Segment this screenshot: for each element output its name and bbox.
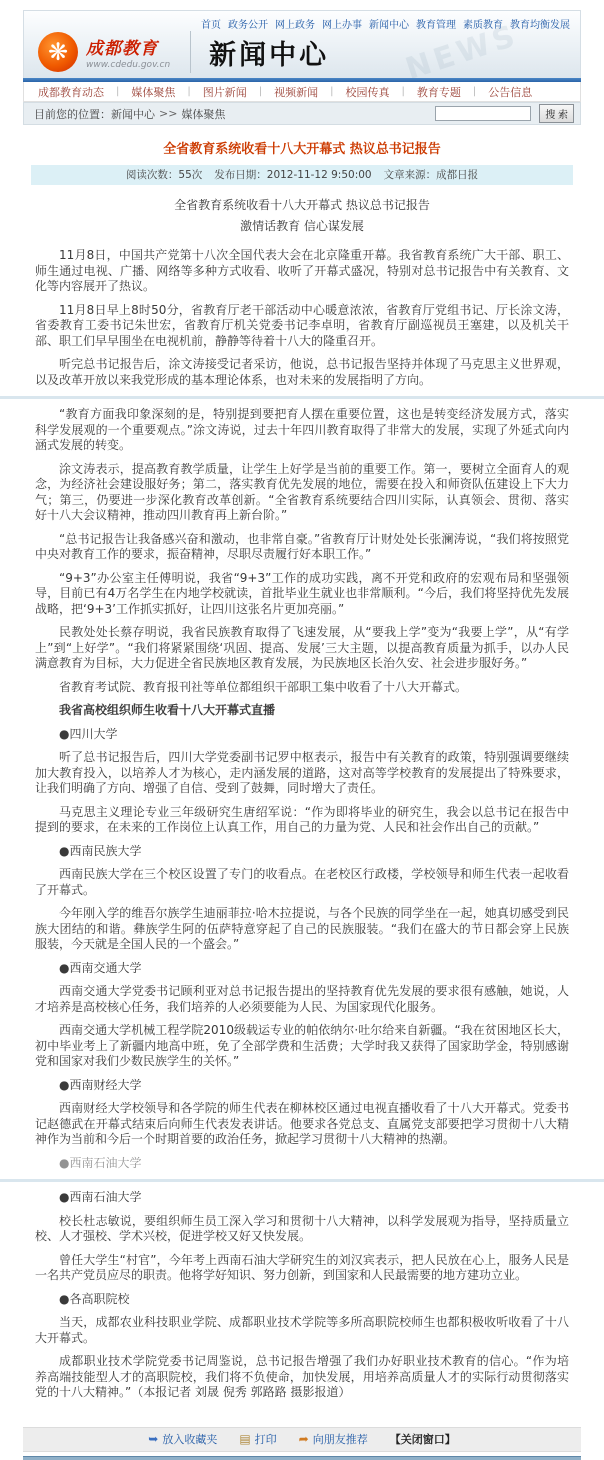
article-subheading: 我省高校组织师生收看十八大开幕式直播: [35, 703, 569, 719]
reads-label: 阅读次数：: [126, 169, 179, 181]
article: 全省教育系统收看十八大开幕式 热议总书记报告 阅读次数：55次发布日期：2012…: [23, 138, 581, 1401]
article-paragraph: “9+3”办公室主任傅明说，我省“9+3”工作的成功实践，离不开党和政府的宏观布…: [35, 571, 569, 618]
site-url: www.cdedu.gov.cn: [86, 60, 170, 70]
article-paragraph: 曾任大学生“村官”，今年考上西南石油大学研究生的刘汉宾表示，把人民放在心上，服务…: [35, 1253, 569, 1284]
nav-item[interactable]: 视频新闻: [274, 84, 318, 100]
main-nav: 成都教育动态|媒体聚焦|图片新闻|视频新闻|校园传真|教育专题|公告信息: [23, 82, 581, 102]
school-bullet: ●西南民族大学: [35, 844, 569, 860]
nav-separator: |: [402, 86, 405, 97]
nav-separator: |: [473, 86, 476, 97]
article-paragraph: 省教育考试院、教育报刊社等单位都组织干部职工集中收看了十八大开幕式。: [35, 680, 569, 696]
article-paragraph: 听完总书记报告后，涂文涛接受记者采访，他说，总书记报告坚持并体现了马克思主义世界…: [35, 357, 569, 388]
article-subtitle: 全省教育系统收看十八大开幕式 热议总书记报告: [31, 196, 573, 213]
site-name: 成都教育: [86, 34, 170, 59]
article-paragraph: “总书记报告让我备感兴奋和激动，也非常自豪。”省教育厅计财处处长张澜涛说，“我们…: [35, 532, 569, 563]
recommend-label: 向朋友推荐: [313, 1431, 368, 1447]
source-label: 文章来源：: [384, 169, 437, 181]
nav-separator: |: [259, 86, 262, 97]
bottom-divider: [23, 1456, 581, 1460]
add-favorite-link[interactable]: ➥放入收藏夹: [148, 1431, 217, 1447]
article-paragraph: 涂文涛表示，提高教育教学质量，让学生上好学是当前的重要工作。第一，要树立全面育人…: [35, 462, 569, 524]
article-footer-bar: ➥放入收藏夹 ▤打印 ➦向朋友推荐 【关闭窗口】: [23, 1427, 581, 1452]
print-label: 打印: [255, 1431, 277, 1447]
top-nav-link[interactable]: 网上政务: [275, 20, 315, 31]
school-bullet: ●西南交通大学: [35, 961, 569, 977]
breadcrumb-label: 目前您的位置：: [34, 106, 111, 122]
nav-separator: |: [330, 86, 333, 97]
nav-item[interactable]: 成都教育动态: [38, 84, 104, 100]
close-window-button[interactable]: 【关闭窗口】: [390, 1431, 456, 1447]
section-divider: [0, 1179, 604, 1182]
search-button[interactable]: 搜 索: [539, 104, 574, 123]
nav-separator: |: [187, 86, 190, 97]
article-paragraph: 西南财经大学校领导和各学院的师生代表在柳林校区通过电视直播收看了十八大开幕式。党…: [35, 1101, 569, 1148]
favorite-icon: ➥: [148, 1432, 158, 1446]
top-nav-link[interactable]: 首页: [201, 20, 221, 31]
nav-item[interactable]: 媒体聚焦: [131, 84, 175, 100]
logo-divider: [190, 31, 191, 73]
school-bullet-faded: ●西南石油大学: [35, 1156, 569, 1172]
printer-icon: ▤: [239, 1432, 250, 1446]
article-paragraph: 当天，成都农业科技职业学院、成都职业技术学院等多所高职院校师生也都积极收听收看了…: [35, 1315, 569, 1346]
site-logo-icon[interactable]: ❋: [38, 32, 78, 72]
source-value: 成都日报: [436, 169, 478, 181]
nav-item[interactable]: 图片新闻: [203, 84, 247, 100]
school-bullet: ●西南石油大学: [35, 1190, 569, 1206]
article-title: 全省教育系统收看十八大开幕式 热议总书记报告: [31, 138, 573, 157]
nav-separator: |: [116, 86, 119, 97]
site-logo-text[interactable]: 成都教育 www.cdedu.gov.cn: [86, 34, 170, 70]
reads-value: 55次: [178, 169, 202, 181]
article-paragraph: 马克思主义理论专业三年级研究生唐绍军说：“作为即将毕业的研究生，我会以总书记在报…: [35, 805, 569, 836]
article-paragraph: 西南交通大学机械工程学院2010级载运专业的帕依纳尔·吐尔给来自新疆。“我在贫困…: [35, 1023, 569, 1070]
page-title: 新闻中心: [209, 33, 329, 72]
article-paragraph: “教育方面我印象深刻的是，特别提到要把育人摆在重要位置，这也是转变经济发展方式，…: [35, 407, 569, 454]
school-bullet: ●西南财经大学: [35, 1078, 569, 1094]
article-subtitle-2: 激情话教育 信心谋发展: [31, 217, 573, 234]
print-link[interactable]: ▤打印: [239, 1431, 276, 1447]
breadcrumb-bar: 目前您的位置： 新闻中心 >> 媒体聚焦 搜 索: [23, 102, 581, 125]
breadcrumb-separator: >>: [159, 107, 177, 120]
date-label: 发布日期：: [214, 169, 267, 181]
search-input[interactable]: [435, 106, 531, 121]
top-nav-link[interactable]: 网上办事: [322, 20, 362, 31]
site-header: 首页政务公开网上政务网上办事新闻中心教育管理素质教育教育均衡发展 NEWS ❋ …: [23, 10, 581, 78]
top-nav-link[interactable]: 新闻中心: [369, 20, 409, 31]
school-bullet: ●各高职院校: [35, 1292, 569, 1308]
nav-item[interactable]: 校园传真: [346, 84, 390, 100]
breadcrumb-current[interactable]: 媒体聚焦: [181, 106, 225, 122]
article-paragraph: 西南民族大学在三个校区设置了专门的收看点。在老校区行政楼，学校领导和师生代表一起…: [35, 867, 569, 898]
logo-glyph: ❋: [48, 40, 68, 64]
article-paragraph: 今年刚入学的维吾尔族学生迪丽菲拉·哈木拉提说，与各个民族的同学坐在一起，她真切感…: [35, 906, 569, 953]
article-paragraph: 11月8日早上8时50分，省教育厅老干部活动中心暖意浓浓，省教育厅党组书记、厅长…: [35, 303, 569, 350]
date-value: 2012-11-12 9:50:00: [267, 169, 372, 181]
breadcrumb-section[interactable]: 新闻中心: [111, 106, 155, 122]
article-paragraph: 听了总书记报告后，四川大学党委副书记罗中枢表示，报告中有关教育的政策，特别强调要…: [35, 750, 569, 797]
article-paragraph: 校长杜志敏说，要组织师生员工深入学习和贯彻十八大精神，以科学发展观为指导，坚持质…: [35, 1214, 569, 1245]
article-paragraph: 11月8日，中国共产党第十八次全国代表大会在北京隆重开幕。我省教育系统广大干部、…: [35, 248, 569, 295]
article-meta: 阅读次数：55次发布日期：2012-11-12 9:50:00文章来源：成都日报: [31, 165, 573, 185]
nav-item[interactable]: 教育专题: [417, 84, 461, 100]
recommend-icon: ➦: [299, 1432, 309, 1446]
article-paragraph: 西南交通大学党委书记顾利亚对总书记报告提出的坚持教育优先发展的要求很有感触，她说…: [35, 984, 569, 1015]
recommend-link[interactable]: ➦向朋友推荐: [299, 1431, 368, 1447]
article-paragraph: 成都职业技术学院党委书记周鉴说，总书记报告增强了我们办好职业技术教育的信心。“作…: [35, 1354, 569, 1401]
top-nav-link[interactable]: 政务公开: [228, 20, 268, 31]
school-bullet: ●四川大学: [35, 727, 569, 743]
section-divider: [0, 396, 604, 399]
nav-item[interactable]: 公告信息: [488, 84, 532, 100]
add-favorite-label: 放入收藏夹: [162, 1431, 217, 1447]
top-nav-link[interactable]: 教育管理: [416, 20, 456, 31]
article-paragraph: 民教处处长蔡存明说，我省民族教育取得了飞速发展，从“要我上学”变为“我要上学”，…: [35, 625, 569, 672]
top-nav-link[interactable]: 教育均衡发展: [510, 20, 570, 31]
page-shell: 首页政务公开网上政务网上办事新闻中心教育管理素质教育教育均衡发展 NEWS ❋ …: [23, 10, 581, 1460]
article-body: 11月8日，中国共产党第十八次全国代表大会在北京隆重开幕。我省教育系统广大干部、…: [31, 238, 573, 1401]
